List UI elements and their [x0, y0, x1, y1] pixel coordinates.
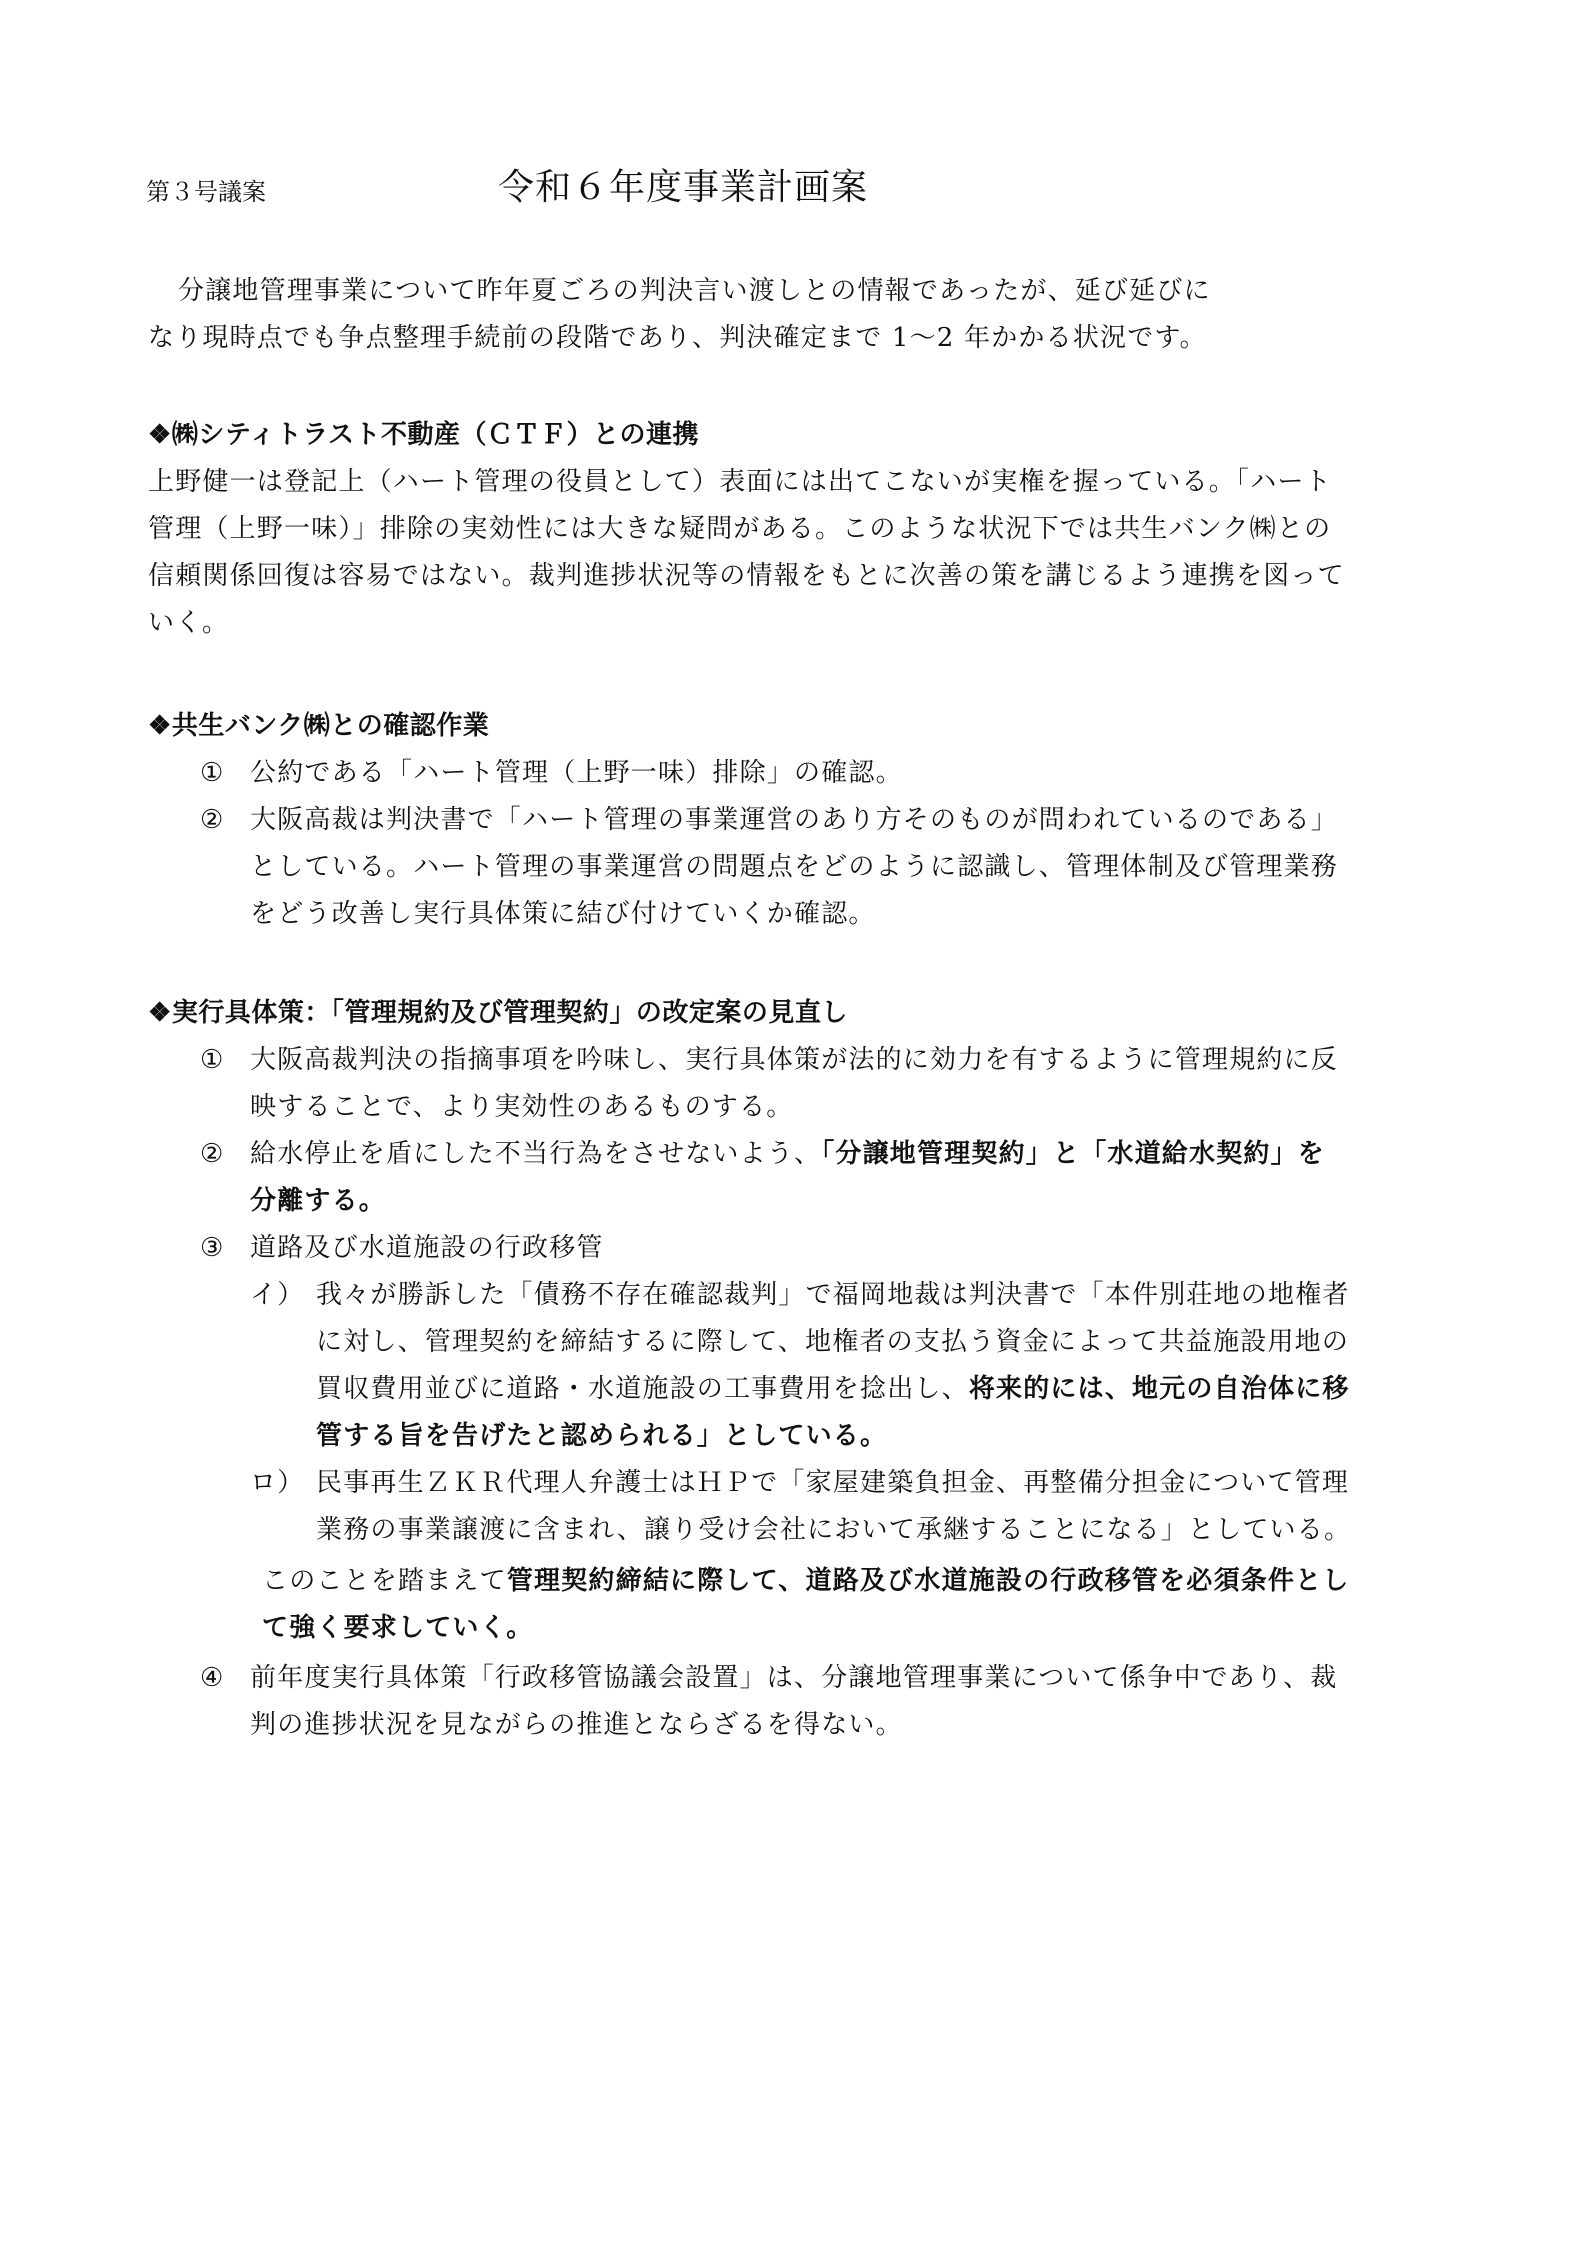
intro-line: なり現時点でも争点整理手続前の段階であり、判決確定まで 1〜2 年かかる状況です…	[148, 315, 1448, 361]
list-item: ②大阪高裁は判決書で「ハート管理の事業運営のあり方そのものが問われているのである…	[200, 797, 1500, 843]
list-item: ②給水停止を盾にした不当行為をさせないよう、「分譲地管理契約」と「水道給水契約」…	[200, 1131, 1500, 1177]
section-heading-text: 実行具体策：「管理規約及び管理契約」の改定案の見直し	[172, 998, 848, 1028]
list-item: ①公約である「ハート管理（上野一味）排除」の確認。	[200, 750, 1500, 796]
list-item-continuation: としている。ハート管理の事業運営の問題点をどのように認識し、管理体制及び管理業務	[250, 844, 1550, 890]
paragraph-line: 管理（上野一味）」排除の実効性には大きな疑問がある。このような状況下では共生バン…	[148, 506, 1448, 552]
section-heading-action-plan: ❖実行具体策：「管理規約及び管理契約」の改定案の見直し	[148, 990, 1448, 1036]
sub-list-item: イ）我々が勝訴した「債務不存在確認裁判」で福岡地裁は判決書で「本件別荘地の地権者	[250, 1272, 1550, 1318]
list-item-continuation: 判の進捗状況を見ながらの推進とならざるを得ない。	[250, 1702, 1550, 1748]
sub-list-continuation: 業務の事業譲渡に含まれ、譲り受け会社において承継することになる」としている。	[316, 1507, 1587, 1553]
sub-list-continuation: に対し、管理契約を締結するに際して、地権者の支払う資金によって共益施設用地の	[316, 1319, 1587, 1365]
agenda-number: 第３号議案	[146, 172, 266, 212]
diamond-bullet-icon: ❖	[148, 412, 172, 458]
circled-number-1-icon: ①	[200, 1037, 250, 1083]
section-heading-ctf: ❖㈱シティトラスト不動産（ＣＴＦ）との連携	[148, 412, 1448, 458]
section-heading-kyosei-bank: ❖共生バンク㈱との確認作業	[148, 703, 1448, 749]
paragraph-line: 上野健一は登記上（ハート管理の役員として）表面には出てこないが実権を握っている。…	[148, 459, 1448, 505]
list-item-continuation-bold: 分離する。	[250, 1178, 1550, 1224]
circled-number-2-icon: ②	[200, 1131, 250, 1177]
list-item-continuation: 映することで、より実効性のあるものする。	[250, 1084, 1550, 1130]
bold-emphasis: 「分譲地管理契約」と「水道給水契約」を	[821, 1139, 1325, 1169]
paragraph-line: 信頼関係回復は容易ではない。裁判進捗状況等の情報をもとに次善の策を講じるよう連携…	[148, 553, 1448, 599]
sub-list-continuation-bold: 管する旨を告げたと認められる」としている。	[316, 1413, 1587, 1459]
circled-number-3-icon: ③	[200, 1225, 250, 1271]
list-item-continuation: をどう改善し実行具体策に結び付けていくか確認。	[250, 891, 1550, 937]
diamond-bullet-icon: ❖	[148, 990, 172, 1036]
sub-list-continuation: 買収費用並びに道路・水道施設の工事費用を捻出し、将来的には、地元の自治体に移	[316, 1366, 1587, 1412]
list-item: ④前年度実行具体策「行政移管協議会設置」は、分譲地管理事業について係争中であり、…	[200, 1655, 1500, 1701]
sub-marker-ro: ロ）	[250, 1460, 316, 1506]
list-item: ①大阪高裁判決の指摘事項を吟味し、実行具体策が法的に効力を有するように管理規約に…	[200, 1037, 1500, 1083]
circled-number-4-icon: ④	[200, 1655, 250, 1701]
bold-emphasis: 管理契約締結に際して、道路及び水道施設の行政移管を必須条件とし	[507, 1566, 1350, 1596]
bold-emphasis: 将来的には、地元の自治体に移	[969, 1374, 1350, 1404]
document-title: 令和６年度事業計画案	[498, 163, 868, 213]
sub-marker-i: イ）	[250, 1272, 316, 1318]
sub-list-item: ロ）民事再生ＺＫＲ代理人弁護士はＨＰで「家屋建築負担金、再整備分担金について管理	[250, 1460, 1550, 1506]
diamond-bullet-icon: ❖	[148, 703, 172, 749]
intro-line: 分譲地管理事業について昨年夏ごろの判決言い渡しとの情報であったが、延び延びに	[178, 268, 1478, 314]
conclusion-line-bold: て強く要求していく。	[262, 1605, 1562, 1651]
paragraph-line: いく。	[148, 600, 1448, 646]
list-item: ③道路及び水道施設の行政移管	[200, 1225, 1500, 1271]
circled-number-1-icon: ①	[200, 750, 250, 796]
circled-number-2-icon: ②	[200, 797, 250, 843]
section-heading-text: 共生バンク㈱との確認作業	[172, 711, 489, 741]
document-page: 第３号議案 令和６年度事業計画案 分譲地管理事業について昨年夏ごろの判決言い渡し…	[0, 0, 1587, 2245]
section-heading-text: ㈱シティトラスト不動産（ＣＴＦ）との連携	[172, 420, 699, 450]
conclusion-line: このことを踏まえて管理契約締結に際して、道路及び水道施設の行政移管を必須条件とし	[262, 1558, 1562, 1604]
